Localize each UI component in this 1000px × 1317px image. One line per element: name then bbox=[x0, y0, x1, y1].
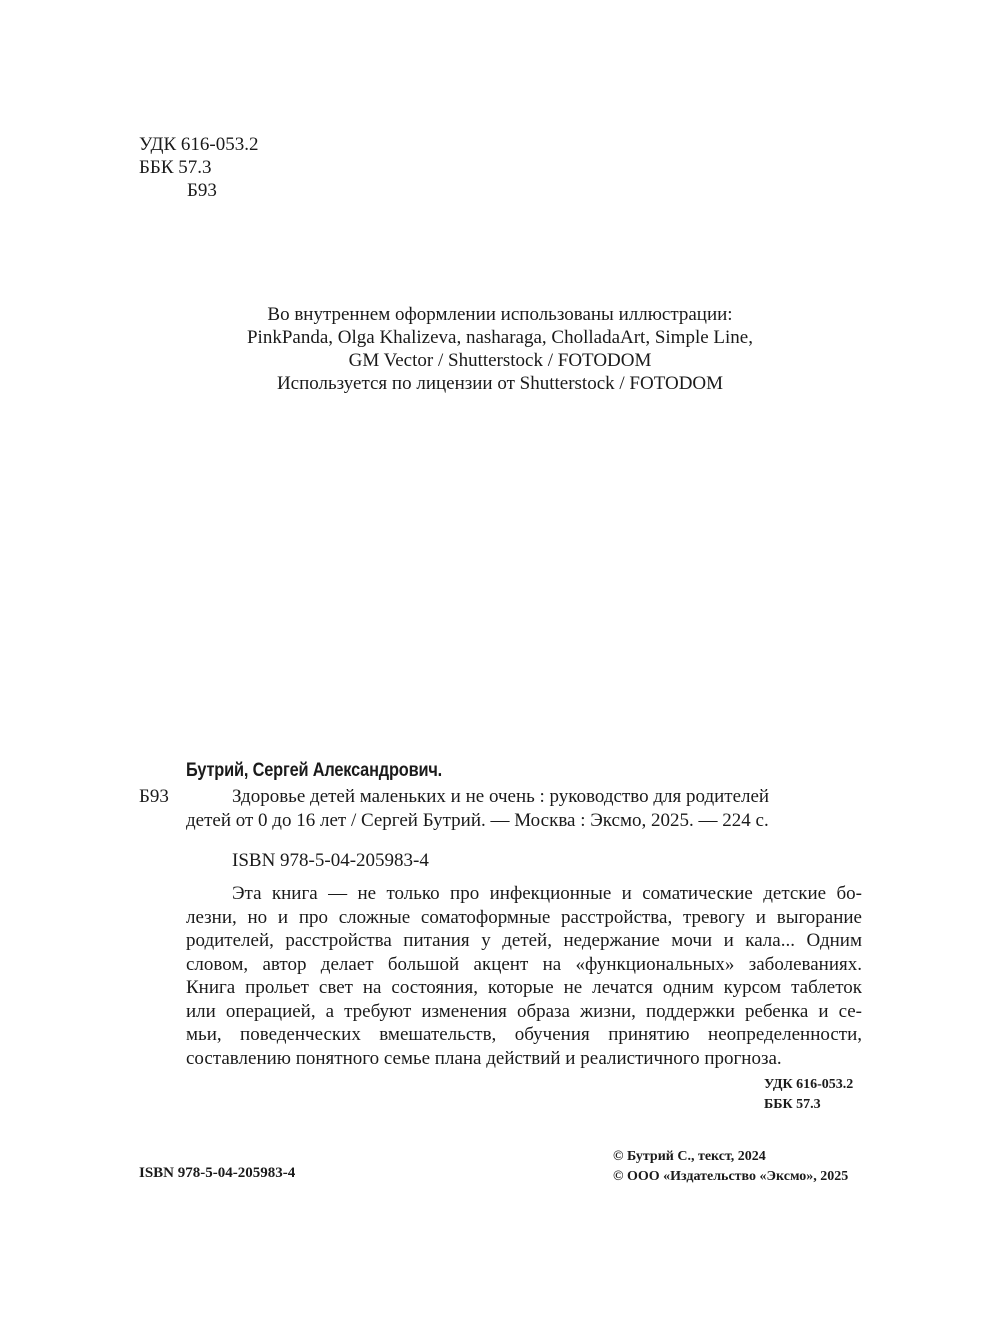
catalog-author: Бутрий, Сергей Александрович. bbox=[186, 760, 442, 782]
abstract-line: Эта книга — не только про инфекционные и… bbox=[186, 882, 862, 906]
abstract-line: лезни, но и про сложные соматоформные ра… bbox=[186, 906, 862, 930]
copyright-block: © Бутрий С., текст, 2024 © ООО «Издатель… bbox=[613, 1147, 848, 1187]
bbk-code: ББК 57.3 bbox=[764, 1095, 853, 1115]
catalog-isbn: ISBN 978-5-04-205983-4 bbox=[232, 850, 429, 872]
credits-line: PinkPanda, Olga Khalizeva, nasharaga, Ch… bbox=[0, 326, 1000, 349]
abstract-line: словом, автор делает большой акцент на «… bbox=[186, 953, 862, 977]
abstract-line: или операцией, а требуют изменения образ… bbox=[186, 1000, 862, 1024]
author-mark: Б93 bbox=[139, 179, 259, 202]
abstract-line: Книга прольет свет на состояния, которые… bbox=[186, 976, 862, 1000]
copyright-publisher: © ООО «Издательство «Эксмо», 2025 bbox=[613, 1167, 848, 1187]
abstract-line: составлению понятного семье плана действ… bbox=[186, 1047, 862, 1071]
udk-code: УДК 616-053.2 bbox=[139, 133, 259, 156]
credits-line: Используется по лицензии от Shutterstock… bbox=[0, 372, 1000, 395]
abstract-line: родителей, расстройства питания у детей,… bbox=[186, 929, 862, 953]
catalog-title-line: Здоровье детей маленьких и не очень : ру… bbox=[232, 786, 769, 808]
bbk-code: ББК 57.3 bbox=[139, 156, 259, 179]
top-classification-codes: УДК 616-053.2 ББК 57.3 Б93 bbox=[139, 133, 259, 202]
footer-isbn: ISBN 978-5-04-205983-4 bbox=[139, 1165, 295, 1182]
catalog-mark: Б93 bbox=[139, 786, 169, 808]
catalog-classification-codes: УДК 616-053.2 ББК 57.3 bbox=[764, 1075, 853, 1115]
copyright-text: © Бутрий С., текст, 2024 bbox=[613, 1147, 848, 1167]
abstract-line: мьи, поведенческих вмешательств, обучени… bbox=[186, 1023, 862, 1047]
catalog-title-line: детей от 0 до 16 лет / Сергей Бутрий. — … bbox=[186, 810, 769, 832]
catalog-abstract: Эта книга — не только про инфекционные и… bbox=[186, 882, 862, 1070]
credits-line: Во внутреннем оформлении использованы ил… bbox=[0, 303, 1000, 326]
udk-code: УДК 616-053.2 bbox=[764, 1075, 853, 1095]
illustration-credits: Во внутреннем оформлении использованы ил… bbox=[0, 303, 1000, 395]
credits-line: GM Vector / Shutterstock / FOTODOM bbox=[0, 349, 1000, 372]
